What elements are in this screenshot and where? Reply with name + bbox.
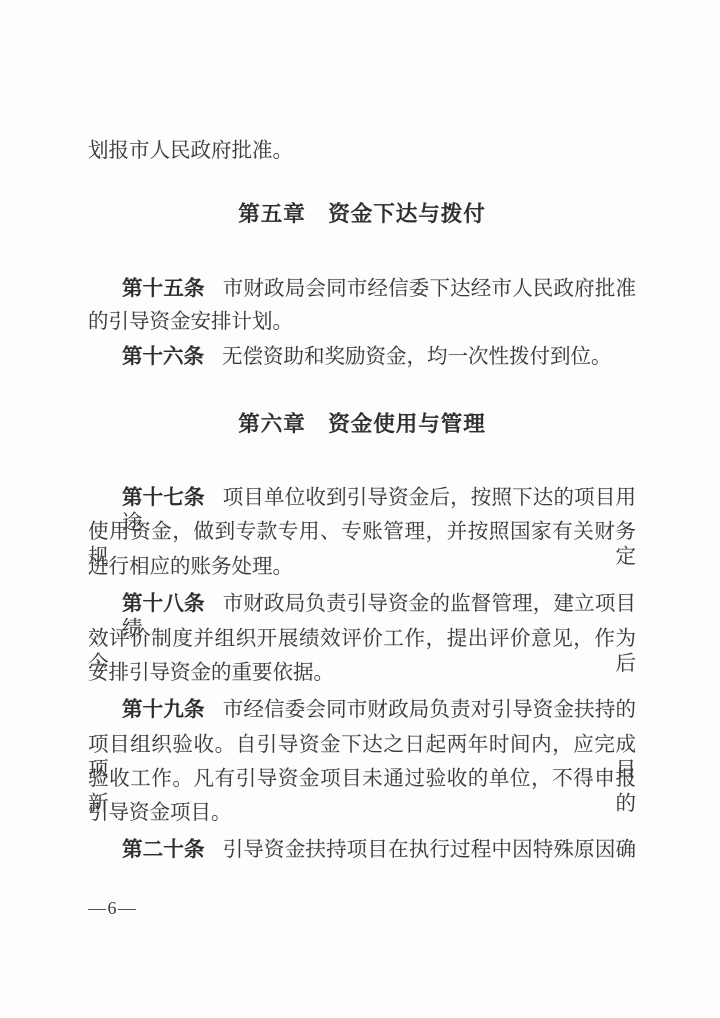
article-20-line-1: 第二十条引导资金扶持项目在执行过程中因特殊原因确: [122, 837, 636, 863]
article-19-line-1: 第十九条市经信委会同市财政局负责对引导资金扶持的: [122, 697, 636, 723]
chapter-heading-5: 第五章 资金下达与拨付: [88, 202, 636, 227]
article-18-label: 第十八条: [122, 592, 205, 615]
article-18-line-3: 安排引导资金的重要依据。: [88, 661, 636, 686]
chapter-heading-6: 第六章 资金使用与管理: [88, 412, 636, 437]
article-19-label: 第十九条: [122, 698, 205, 721]
article-17-line-3: 进行相应的账务处理。: [88, 555, 636, 580]
article-16-line-1: 第十六条无偿资助和奖励资金，均一次性拨付到位。: [122, 344, 636, 370]
article-19-line-4: 引导资金项目。: [88, 801, 636, 826]
article-17-label: 第十七条: [122, 486, 205, 509]
article-15-line-1: 第十五条市财政局会同市经信委下达经市人民政府批准: [122, 276, 636, 302]
page-number: —6—: [88, 898, 138, 919]
article-16-text: 无偿资助和奖励资金，均一次性拨付到位。: [222, 346, 612, 368]
article-15-label: 第十五条: [122, 277, 205, 300]
article-16-label: 第十六条: [122, 345, 204, 368]
scanned-document-page: 划报市人民政府批准。 第五章 资金下达与拨付 第十五条市财政局会同市经信委下达经…: [0, 0, 720, 1018]
article-15-line-2: 的引导资金安排计划。: [88, 310, 636, 335]
article-19-text: 市经信委会同市财政局负责对引导资金扶持的: [223, 699, 636, 721]
article-20-label: 第二十条: [122, 838, 205, 861]
text-line-continuation: 划报市人民政府批准。: [88, 139, 636, 164]
article-15-text: 市财政局会同市经信委下达经市人民政府批准: [223, 278, 636, 300]
article-20-text: 引导资金扶持项目在执行过程中因特殊原因确: [223, 839, 636, 861]
